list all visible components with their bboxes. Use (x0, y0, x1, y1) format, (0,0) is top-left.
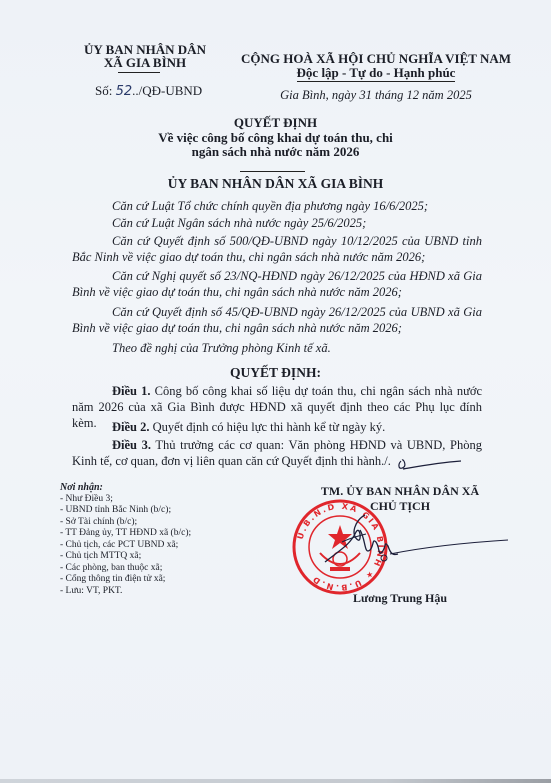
basis-3: Căn cứ Quyết định số 500/QĐ-UBND ngày 10… (72, 233, 482, 265)
initial-mark (395, 455, 465, 475)
recipients-list: Nơi nhận: - Như Điều 3; - UBND tỉnh Bắc … (60, 482, 191, 597)
signer-name: Lương Trung Hậu (290, 591, 510, 606)
recipient-item: - Chủ tịch, các PCT UBND xã; (60, 540, 191, 552)
title-rule (240, 171, 305, 172)
recipient-item: - Như Điều 3; (60, 494, 191, 506)
document-number: Số: 52../QĐ-UBND (95, 83, 202, 99)
basis-2: Căn cứ Luật Ngân sách nhà nước ngày 25/6… (72, 215, 482, 231)
basis-4: Căn cứ Nghị quyết số 23/NQ-HĐND ngày 26/… (72, 268, 482, 300)
place-date: Gia Bình, ngày 31 tháng 12 năm 2025 (226, 88, 526, 103)
recipients-title: Nơi nhận: (60, 482, 191, 494)
handwritten-signature (320, 510, 510, 570)
basis-1: Căn cứ Luật Tổ chức chính quyền địa phươ… (72, 198, 482, 214)
recipient-item: - TT Đảng ủy, TT HĐND xã (b/c); (60, 528, 191, 540)
subject-line2: ngân sách nhà nước năm 2026 (0, 144, 551, 160)
country-name: CỘNG HOÀ XÃ HỘI CHỦ NGHĨA VIỆT NAM (226, 52, 526, 66)
basis-5: Căn cứ Quyết định số 45/QĐ-UBND ngày 26/… (72, 304, 482, 336)
number-handwritten: 52 (116, 84, 133, 99)
header-left-rule (118, 72, 160, 73)
issuing-org-line2: XÃ GIA BÌNH (70, 56, 220, 70)
issuer-heading: ỦY BAN NHÂN DÂN XÃ GIA BÌNH (0, 176, 551, 192)
recipient-item: - Chủ tịch MTTQ xã; (60, 551, 191, 563)
recipient-item: - Các phòng, ban thuộc xã; (60, 563, 191, 575)
article-2: Điều 2. Quyết định có hiệu lực thi hành … (72, 419, 482, 435)
motto-text: Độc lập - Tự do - Hạnh phúc (297, 65, 456, 82)
recipient-item: - Lưu: VT, PKT. (60, 586, 191, 598)
scan-bottom-edge (0, 779, 551, 783)
basis-6: Theo đề nghị của Trưởng phòng Kinh tế xã… (72, 340, 482, 356)
number-prefix: Số: (95, 83, 116, 98)
national-motto: Độc lập - Tự do - Hạnh phúc (226, 66, 526, 80)
doc-type: QUYẾT ĐỊNH (0, 115, 551, 131)
recipient-item: - Sở Tài chính (b/c); (60, 517, 191, 529)
recipient-item: - Cổng thông tin điện tử xã; (60, 574, 191, 586)
document-page: ỦY BAN NHÂN DÂN XÃ GIA BÌNH Số: 52../QĐ-… (0, 0, 551, 783)
number-suffix: ../QĐ-UBND (132, 83, 202, 98)
decision-heading: QUYẾT ĐỊNH: (0, 365, 551, 381)
recipient-item: - UBND tỉnh Bắc Ninh (b/c); (60, 505, 191, 517)
